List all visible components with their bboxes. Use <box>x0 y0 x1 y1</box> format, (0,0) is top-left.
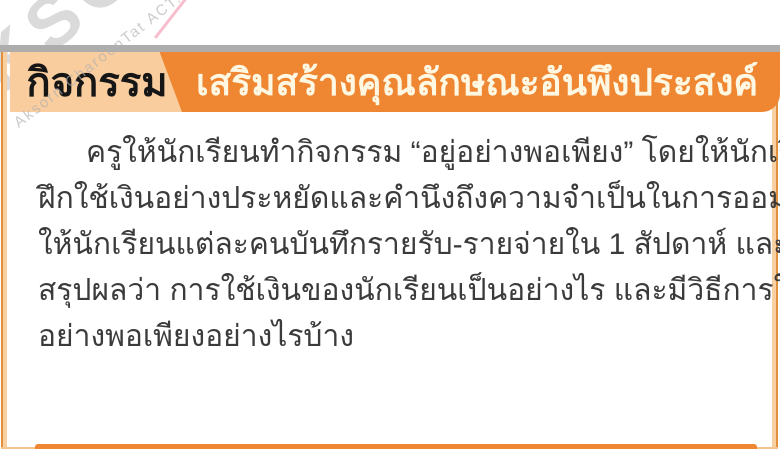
paragraph-line: อย่างพอเพียงอย่างไรบ้าง <box>38 314 750 360</box>
next-section-bar <box>35 444 757 449</box>
paragraph-line: ฝึกใช้เงินอย่างประหยัดและคำนึงถึงความจำเ… <box>38 176 750 222</box>
activity-paragraph: ครูให้นักเรียนทำกิจกรรม “อยู่อย่างพอเพีย… <box>38 130 750 360</box>
activity-banner: กิจกรรม เสริมสร้างคุณลักษณะอันพึงประสงค์ <box>10 52 780 112</box>
page-frame-left-border-inner <box>3 52 7 449</box>
paragraph-line: ครูให้นักเรียนทำกิจกรรม “อยู่อย่างพอเพีย… <box>38 130 750 176</box>
banner-title: เสริมสร้างคุณลักษณะอันพึงประสงค์ <box>196 52 758 112</box>
paragraph-line: ให้นักเรียนแต่ละคนบันทึกรายรับ-รายจ่ายใน… <box>38 222 750 268</box>
paragraph-line: สรุปผลว่า การใช้เงินของนักเรียนเป็นอย่าง… <box>38 268 750 314</box>
textbook-page: AKSORN กิจกรรม เสริมสร้างคุณลักษณะอันพึง… <box>0 0 780 449</box>
